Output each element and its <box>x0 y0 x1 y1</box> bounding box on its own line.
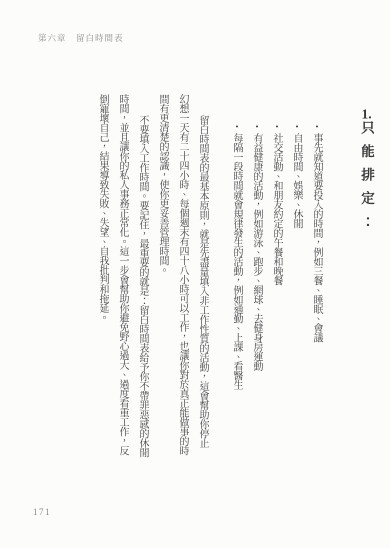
bullet-list: •事先就知道要投入的時間，例如三餐、睡眠、會議 •自由時間、娛樂、休閒 •社交活… <box>226 94 326 478</box>
list-item: •有益健康的活動，例如游泳、跑步、網球、去健身房運動 <box>246 94 266 478</box>
section-heading: 1.只能排定： <box>356 94 376 478</box>
bullet-text: 有益健康的活動，例如游泳、跑步、網球、去健身房運動 <box>251 133 262 371</box>
heading-number: 1. <box>359 107 374 121</box>
bullet-icon: • <box>312 125 321 127</box>
bullet-text: 每隔一段時間就會規律發生的活動，例如通勤、上課、看醫生 <box>231 133 242 390</box>
bullet-text: 事先就知道要投入的時間，例如三餐、睡眠、會議 <box>311 133 322 342</box>
list-item: •事先就知道要投入的時間，例如三餐、睡眠、會議 <box>306 94 326 478</box>
paragraph: 留白時間表的最基本原則，就是先盡量填入非工作性質的活動，這會幫助你停止 幻想一天… <box>152 94 212 478</box>
paragraph-group: 留白時間表的最基本原則，就是先盡量填入非工作性質的活動，這會幫助你停止 幻想一天… <box>92 94 212 478</box>
bullet-text: 自由時間、娛樂、休閒 <box>291 133 302 228</box>
list-item: •社交活動、和朋友約定的午餐和晚餐 <box>266 94 286 478</box>
main-text-block: 1.只能排定： •事先就知道要投入的時間，例如三餐、睡眠、會議 •自由時間、娛樂… <box>92 94 376 478</box>
paragraph: 不要填入工作時間。要記住，最重要的就是：留白時間表給予你不帶罪惡感的休閒 時間，… <box>92 94 152 478</box>
list-item: •自由時間、娛樂、休閒 <box>286 94 306 478</box>
bullet-icon: • <box>292 125 301 127</box>
bullet-icon: • <box>272 125 281 127</box>
chapter-header: 第六章 留白時間表 <box>38 32 124 44</box>
book-page: 第六章 留白時間表 1.只能排定： •事先就知道要投入的時間，例如三餐、睡眠、會… <box>0 0 390 548</box>
list-item: •每隔一段時間就會規律發生的活動，例如通勤、上課、看醫生 <box>226 94 246 478</box>
page-number: 171 <box>33 507 51 517</box>
bullet-text: 社交活動、和朋友約定的午餐和晚餐 <box>271 133 282 285</box>
heading-text: 只能排定： <box>359 121 374 239</box>
bullet-icon: • <box>252 125 261 127</box>
bullet-icon: • <box>232 125 241 127</box>
